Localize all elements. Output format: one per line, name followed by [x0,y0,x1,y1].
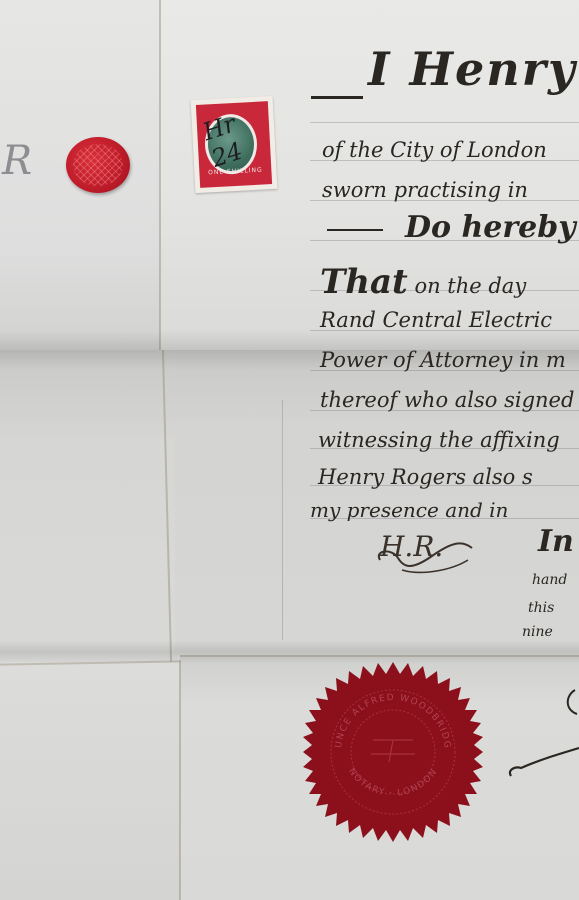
text-line-5: Rand Central Electric [320,308,552,332]
dash-2 [327,229,383,231]
paper-panel-bottom-left [0,662,180,900]
text-line-1: of the City of London [322,138,547,162]
notary-seal: DUNCE ALFRED WOODBRIDGE NOTARY · LONDON [303,662,483,842]
fold-shadow-lower [0,640,579,664]
notary-seal-ring-text: DUNCE ALFRED WOODBRIDGE NOTARY · LONDON [303,662,483,842]
signature-flourish [372,530,482,580]
right-fragment-4: nine [522,624,553,640]
that-word: That [320,262,408,302]
svg-text:NOTARY · LONDON: NOTARY · LONDON [346,767,440,799]
text-line-8: witnessing the affixing [318,428,560,452]
signature-stroke [505,680,579,790]
text-line-3: Do hereby [405,210,576,245]
right-fragment-2: hand [532,572,567,588]
text-line-9: Henry Rogers also s [318,465,533,489]
heading-text: I Henry [368,42,577,96]
fold-crease-vertical-top [159,0,161,350]
heading-dash [311,96,363,99]
ruled-line [310,122,579,123]
document-photo: R Hr 24 ONE SHILLING I Henry of the City… [0,0,579,900]
text-line-7: thereof who also signed [320,388,574,412]
right-fragment-1: In [538,524,574,559]
right-fragment-3: this [528,600,554,616]
red-wax-seal [66,137,130,193]
pencil-mark: R [2,138,32,184]
margin-rule [282,400,283,640]
revenue-stamp: Hr 24 ONE SHILLING [191,96,278,193]
text-line-4: That on the day [320,262,526,302]
svg-text:DUNCE ALFRED WOODBRIDGE: DUNCE ALFRED WOODBRIDGE [303,662,452,750]
paper-panel-middle-left [0,350,178,662]
text-line-10: my presence and in [310,498,508,522]
text-line-6: Power of Attorney in m [320,348,566,372]
text-line-4-rest: on the day [414,274,526,298]
text-line-2: sworn practising in [322,178,528,202]
fold-crease-vertical-bottom [179,660,181,900]
